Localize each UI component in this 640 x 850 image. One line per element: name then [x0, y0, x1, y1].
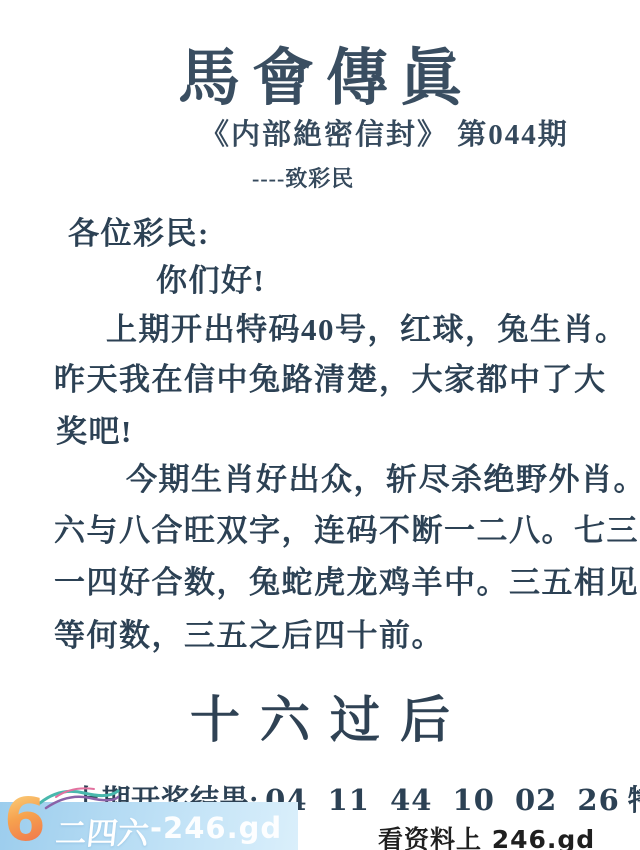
brand-6-logo-icon: 6 [4, 790, 46, 850]
letter-line: 昨天我在信中兔路清楚，大家都中了大 [54, 361, 607, 400]
issue-line: 《内部絶密信封》 第044期 [200, 112, 569, 153]
previous-results-special: 特40 [628, 785, 640, 817]
letter-line: 奖吧! [56, 413, 133, 452]
fax-page: 馬會傳眞 《内部絶密信封》 第044期 ----致彩民 各位彩民: 你们好! 上… [0, 0, 640, 850]
letter-salutation: 各位彩民: [68, 215, 210, 254]
promo-text: 看资料上 246.gd [378, 820, 595, 850]
letter-line: 一四好合数，兔蛇虎龙鸡羊中。三五相见 [54, 564, 639, 603]
letter-line: 今期生肖好出众，斩尽杀绝野外肖。 [126, 461, 640, 500]
letter-line: 六与八合旺双字，连码不断一二八。七三 [54, 512, 639, 551]
letter-greeting: 你们好! [156, 262, 265, 301]
letter-line: 等何数，三五之后四十前。 [54, 617, 444, 656]
brand-name: 二四六 [54, 808, 152, 850]
prediction-headline: 十六过后 [0, 680, 640, 752]
brand-domain: -246.gd [150, 811, 282, 845]
letter-line: 上期开出特码40号，红球，兔生肖。 [106, 311, 628, 350]
dedication-line: ----致彩民 [252, 162, 354, 193]
previous-results-numbers: 04 11 44 10 02 26 [265, 783, 620, 817]
page-title: 馬會傳眞 [0, 28, 640, 117]
